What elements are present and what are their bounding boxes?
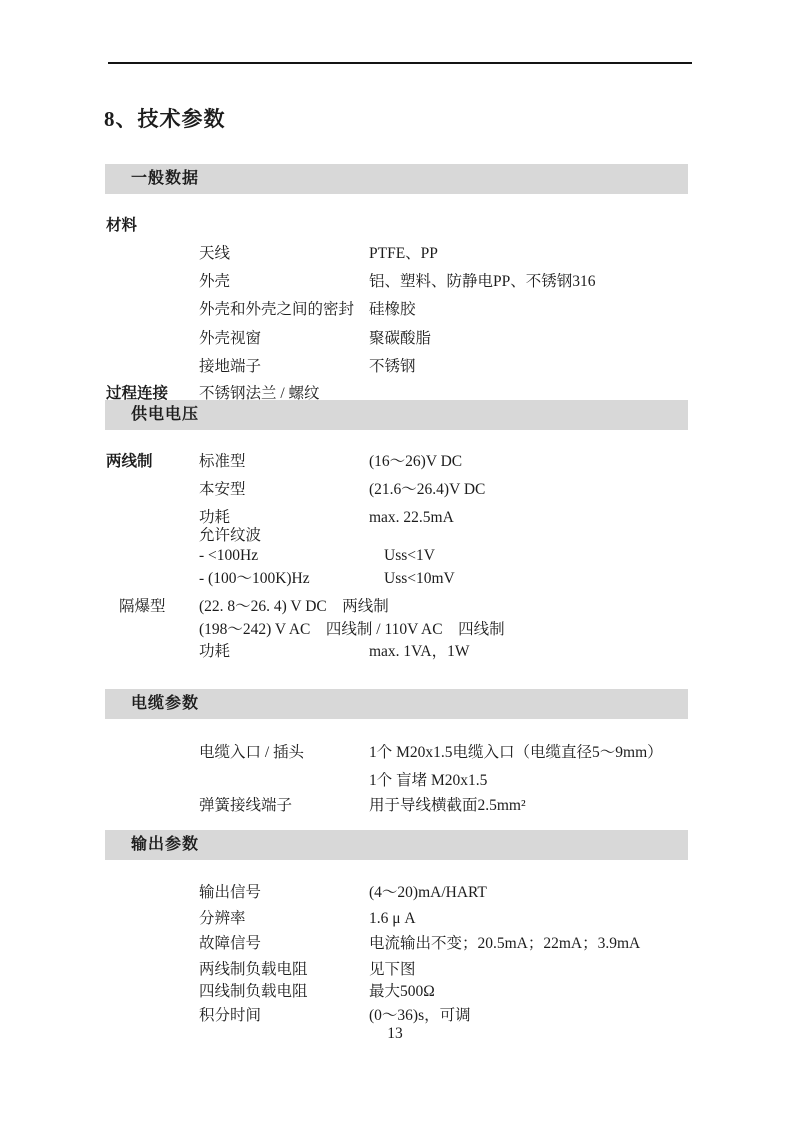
spec-row: 接地端子 不锈钢 — [0, 356, 800, 378]
row-group-label — [106, 545, 199, 567]
row-label: 两线制负载电阻 — [199, 959, 369, 981]
row-value: 硅橡胶 — [369, 299, 800, 321]
section-heading-supply-voltage: 供电电压 — [105, 400, 688, 430]
row-value: Uss<10mV — [384, 568, 800, 590]
row-value: (4～20)mA/HART — [369, 882, 800, 904]
section-heading-cable-parameters: 电缆参数 — [105, 689, 688, 719]
row-label: (22. 8～26. 4) V DC 两线制 — [199, 596, 800, 618]
row-group-label — [106, 243, 199, 265]
spec-row: 四线制负载电阻 最大500Ω — [0, 981, 800, 1003]
row-group-label — [106, 299, 199, 321]
row-group-label — [106, 795, 199, 817]
header-rule — [108, 62, 692, 64]
row-value: PTFE、PP — [369, 243, 800, 265]
row-value: max. 1VA，1W — [369, 641, 800, 663]
row-value: 不锈钢 — [369, 356, 800, 378]
spec-row: - <100Hz Uss<1V — [0, 545, 800, 567]
spec-row: 外壳视窗 聚碳酸脂 — [0, 328, 800, 350]
page-number: 13 — [0, 1023, 790, 1045]
row-label: 外壳和外壳之间的密封 — [199, 299, 369, 321]
row-group-label: 两线制 — [106, 451, 199, 473]
row-value: 1.6 μ A — [369, 908, 800, 930]
spec-row: - (100～100K)Hz Uss<10mV — [0, 568, 800, 590]
row-group-label — [106, 328, 199, 350]
row-label: 外壳 — [199, 271, 369, 293]
row-group-label — [106, 619, 199, 641]
row-value: (16～26)V DC — [369, 451, 800, 473]
row-label: 功耗 — [199, 641, 369, 663]
spec-row: 故障信号 电流输出不变；20.5mA；22mA；3.9mA — [0, 933, 800, 955]
row-value: 铝、塑料、防静电PP、不锈钢316 — [369, 271, 800, 293]
row-label: 四线制负载电阻 — [199, 981, 369, 1003]
row-group-label — [106, 882, 199, 904]
row-value: 1个 盲堵 M20x1.5 — [369, 770, 800, 792]
spec-row: 本安型 (21.6～26.4)V DC — [0, 479, 800, 501]
row-label: - <100Hz — [199, 545, 384, 567]
row-label: 分辨率 — [199, 908, 369, 930]
row-group-label — [106, 742, 199, 764]
document-page: 8、技术参数 一般数据 材料 天线 PTFE、PP 外壳 铝、塑料、防静电PP、… — [0, 0, 800, 1131]
row-group-label — [106, 933, 199, 955]
row-group-label — [106, 908, 199, 930]
row-label: - (100～100K)Hz — [199, 568, 384, 590]
row-group-label — [106, 479, 199, 501]
row-label: 外壳视窗 — [199, 328, 369, 350]
row-value — [369, 525, 800, 547]
row-group-label: 材料 — [106, 215, 199, 237]
spec-row: 允许纹波 — [0, 525, 800, 547]
spec-row: 输出信号 (4～20)mA/HART — [0, 882, 800, 904]
row-label: 天线 — [199, 243, 369, 265]
spec-row: 外壳和外壳之间的密封 硅橡胶 — [0, 299, 800, 321]
row-label: 电缆入口 / 插头 — [199, 742, 369, 764]
spec-row: 外壳 铝、塑料、防静电PP、不锈钢316 — [0, 271, 800, 293]
row-value: 最大500Ω — [369, 981, 800, 1003]
row-label: 接地端子 — [199, 356, 369, 378]
row-value — [369, 215, 800, 237]
spec-row: 电缆入口 / 插头 1个 M20x1.5电缆入口（电缆直径5～9mm） — [0, 742, 800, 764]
row-group-label: 隔爆型 — [106, 596, 199, 618]
row-label: 本安型 — [199, 479, 369, 501]
row-group-label — [106, 568, 199, 590]
spec-row: 两线制负载电阻 见下图 — [0, 959, 800, 981]
row-label: 允许纹波 — [199, 525, 369, 547]
section-heading-general-data: 一般数据 — [105, 164, 688, 194]
spec-row: 隔爆型 (22. 8～26. 4) V DC 两线制 — [0, 596, 800, 618]
row-label: (198～242) V AC 四线制 / 110V AC 四线制 — [199, 619, 800, 641]
row-value: 用于导线横截面2.5mm² — [369, 795, 800, 817]
spec-row: 分辨率 1.6 μ A — [0, 908, 800, 930]
row-value: (21.6～26.4)V DC — [369, 479, 800, 501]
row-label: 输出信号 — [199, 882, 369, 904]
spec-row: 功耗 max. 1VA，1W — [0, 641, 800, 663]
row-group-label — [106, 641, 199, 663]
row-group-label — [106, 525, 199, 547]
row-value: 1个 M20x1.5电缆入口（电缆直径5～9mm） — [369, 742, 800, 764]
spec-row: (198～242) V AC 四线制 / 110V AC 四线制 — [0, 619, 800, 641]
spec-row: 材料 — [0, 215, 800, 237]
row-label: 标准型 — [199, 451, 369, 473]
row-value: Uss<1V — [384, 545, 800, 567]
row-group-label — [106, 770, 199, 792]
row-value: 电流输出不变；20.5mA；22mA；3.9mA — [369, 933, 800, 955]
spec-row: 天线 PTFE、PP — [0, 243, 800, 265]
spec-row: 两线制 标准型 (16～26)V DC — [0, 451, 800, 473]
row-label — [199, 770, 369, 792]
row-value: 聚碳酸脂 — [369, 328, 800, 350]
spec-row: 1个 盲堵 M20x1.5 — [0, 770, 800, 792]
spec-row: 弹簧接线端子 用于导线横截面2.5mm² — [0, 795, 800, 817]
row-label: 弹簧接线端子 — [199, 795, 369, 817]
row-group-label — [106, 959, 199, 981]
page-title: 8、技术参数 — [104, 106, 226, 132]
row-value: 见下图 — [369, 959, 800, 981]
section-heading-output-parameters: 输出参数 — [105, 830, 688, 860]
row-group-label — [106, 271, 199, 293]
row-group-label — [106, 356, 199, 378]
row-group-label — [106, 981, 199, 1003]
row-label: 故障信号 — [199, 933, 369, 955]
row-label — [199, 215, 369, 237]
